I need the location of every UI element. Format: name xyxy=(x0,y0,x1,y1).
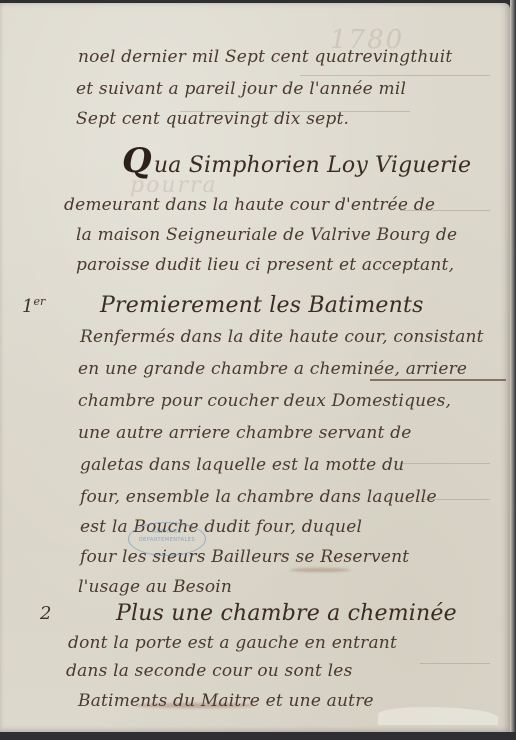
decorative-initial: Q xyxy=(122,141,152,181)
party-heading: Qua Simphorien Loy Viguerie xyxy=(122,141,471,181)
text-line: four, ensemble la chambre dans laquelle xyxy=(80,487,437,507)
item-heading: Plus une chambre a cheminée xyxy=(116,601,457,626)
stamp-line: · · · xyxy=(129,544,205,552)
ink-stain xyxy=(290,568,350,572)
ruled-line xyxy=(300,75,490,76)
text-line: noel dernier mil Sept cent quatrevingthu… xyxy=(78,47,452,67)
text-line: en une grande chambre a cheminée, arrier… xyxy=(78,359,467,379)
item-number-suffix: er xyxy=(33,295,45,308)
text-line: paroisse dudit lieu ci present et accept… xyxy=(76,255,454,275)
text-line: et suivant a pareil jour de l'année mil xyxy=(76,79,406,99)
torn-paper-edge xyxy=(378,707,498,725)
text-line: dont la porte est a gauche en entrant xyxy=(68,633,397,653)
text-line: Renfermés dans la dite haute cour, consi… xyxy=(80,327,484,347)
text-line: Batiments du Maitre et une autre xyxy=(78,691,374,711)
text-line: la maison Seigneuriale de Valrive Bourg … xyxy=(76,225,457,245)
ruled-line xyxy=(400,463,490,464)
stamp-line: ARCHIVES xyxy=(129,528,205,536)
text-line: est la Bouche dudit four, duquel xyxy=(80,517,362,537)
text-line: chambre pour coucher deux Domestiques, xyxy=(78,391,451,411)
party-name: ua Simphorien Loy Viguerie xyxy=(154,153,471,178)
text-line: demeurant dans la haute cour d'entrée de xyxy=(64,195,435,215)
ruled-line xyxy=(420,663,490,664)
item-number: 2 xyxy=(40,603,51,624)
margin-item-number: 2 xyxy=(40,603,51,624)
margin-item-number: 1er xyxy=(22,295,45,317)
stamp-line: DEPARTEMENTALES xyxy=(129,536,205,544)
page-edge xyxy=(510,0,516,740)
text-line: dans la seconde cour ou sont les xyxy=(66,661,353,681)
text-line: une autre arriere chambre servant de xyxy=(78,423,412,443)
item-heading: Premierement les Batiments xyxy=(100,293,424,318)
scan-background xyxy=(0,732,516,740)
text-line: Sept cent quatrevingt dix sept. xyxy=(76,109,349,129)
ink-underline xyxy=(370,379,506,381)
item-number: 1 xyxy=(22,296,33,317)
archive-stamp: ARCHIVES DEPARTEMENTALES · · · xyxy=(128,522,206,556)
text-line: galetas dans laquelle est la motte du xyxy=(80,455,404,475)
text-line: l'usage au Besoin xyxy=(78,577,232,597)
manuscript-page: 1780 pourra noel dernier mil Sept cent q… xyxy=(0,3,510,733)
